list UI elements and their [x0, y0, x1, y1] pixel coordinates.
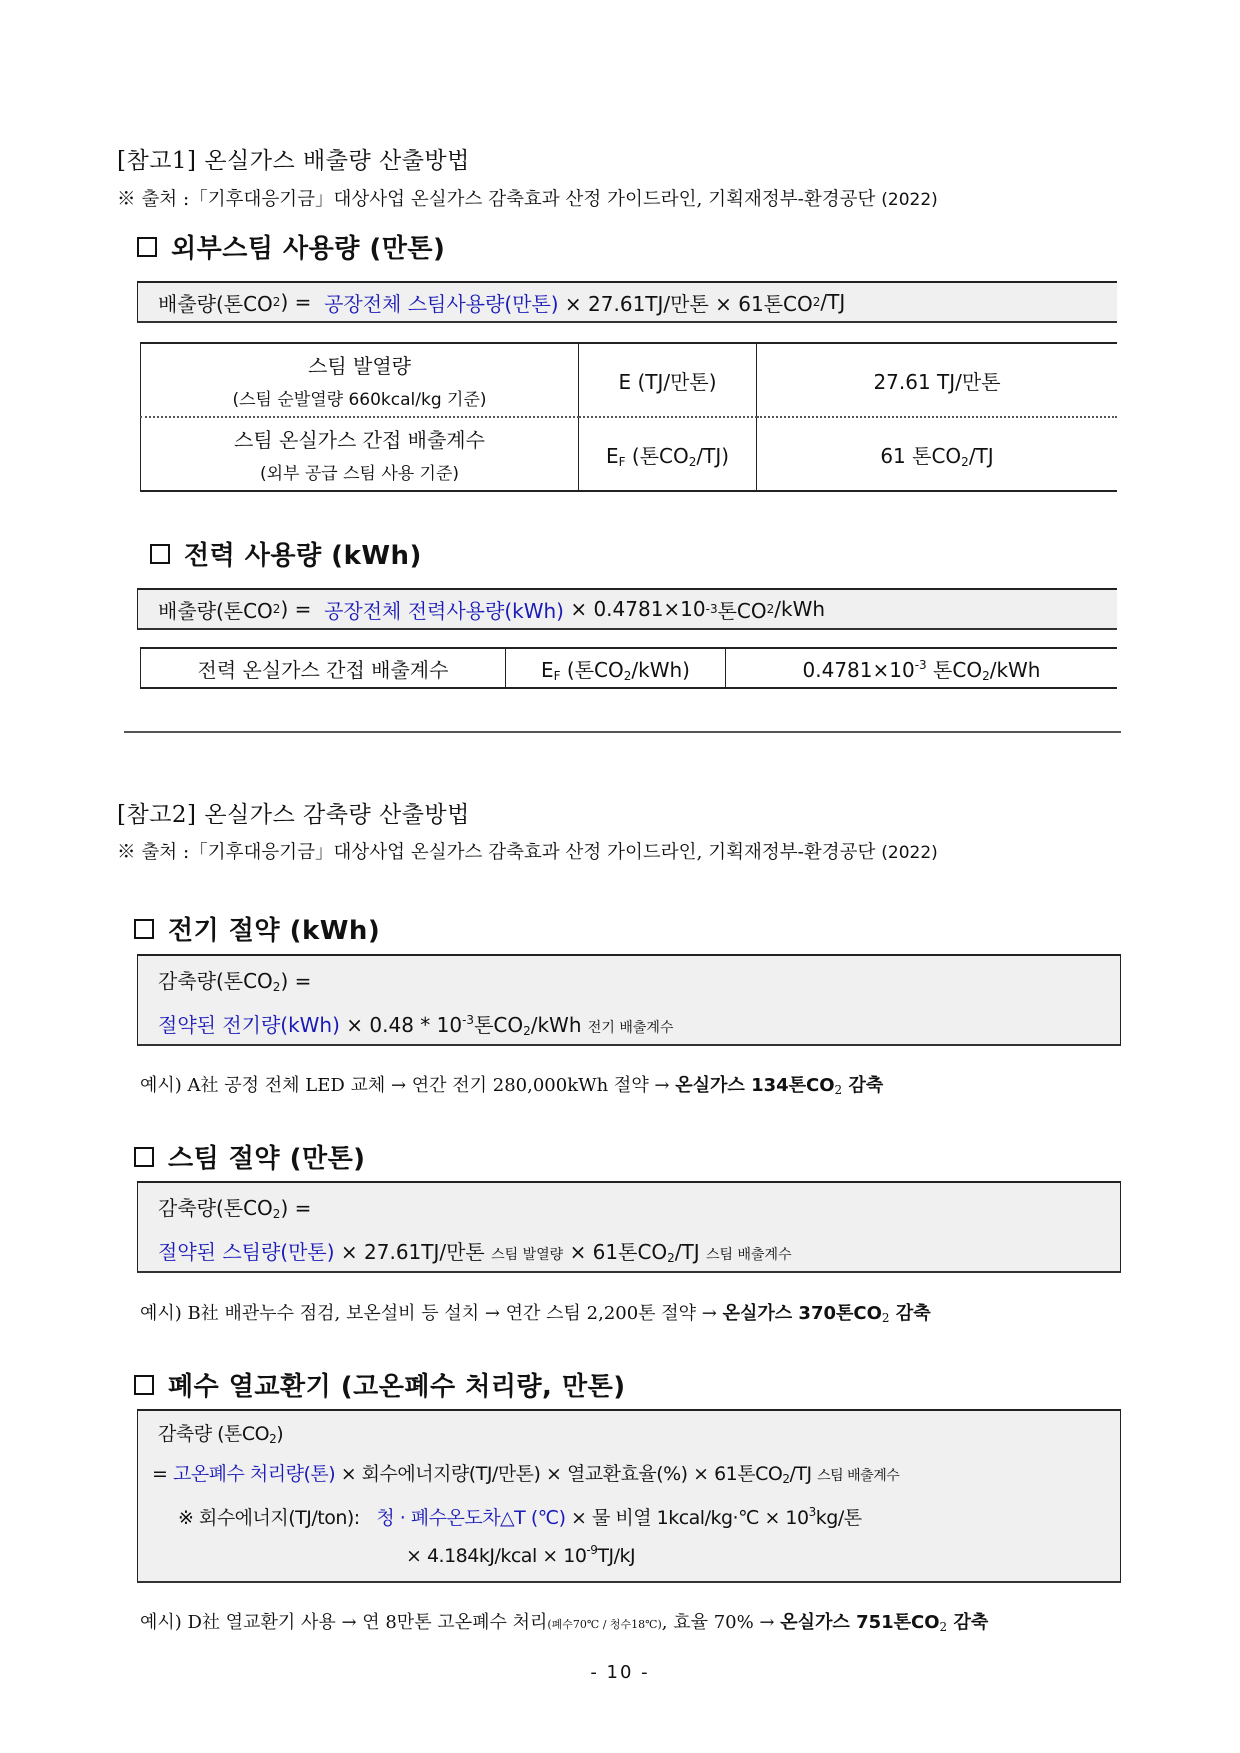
ref1-title: [참고1] 온실가스 배출량 산출방법 [117, 142, 470, 175]
section-heading-text: 전기 절약 (kWh) [168, 910, 380, 947]
subscript: F [619, 455, 626, 469]
value-unit: 톤CO [927, 658, 982, 682]
formula-variable-temp: 청 · 폐수온도차△T (℃) [376, 1507, 565, 1529]
formula-variable: 공장전체 전력사용량(kWh) [324, 595, 564, 624]
formula-lhs: 감축량(톤CO [158, 969, 273, 993]
formula-factors: × 27.61TJ/만톤 × 61톤CO [565, 288, 813, 317]
section-heading-text: 스팀 절약 (만톤) [168, 1138, 366, 1175]
formula-line-3: ※ 회수에너지(TJ/ton): 청 · 폐수온도차△T (℃) × 물 비열 … [178, 1503, 1120, 1543]
formula-lhs-end: ) [276, 1423, 283, 1445]
formula-lhs: 배출량(톤CO [158, 288, 273, 317]
checkbox-square-icon [134, 1147, 154, 1167]
row-name: 전력 온실가스 간접 배출계수 [141, 648, 506, 688]
value-text: 0.4781×10 [803, 658, 915, 682]
example-note: (폐수70℃ / 청수18℃) [547, 1618, 661, 1631]
value-text: 61 톤CO [880, 444, 961, 468]
symbol-unit-end: /TJ) [696, 444, 729, 468]
checkbox-square-icon [150, 544, 170, 564]
row-name: 스팀 온실가스 간접 배출계수 [141, 424, 578, 453]
row-value: 0.4781×10-3 톤CO2/kWh [726, 648, 1118, 688]
symbol-letter: E [541, 658, 554, 682]
formula-line-2: 절약된 전기량(kWh) × 0.48 * 10-3톤CO2/kWh 전기 배출… [158, 1009, 1120, 1038]
ref1-source-year: (2022) [881, 190, 938, 210]
row-value: 27.61 TJ/만톤 [757, 343, 1118, 417]
formula-lhs: 감축량 (톤CO [158, 1423, 269, 1445]
formula-unit-end: /TJ [675, 1240, 700, 1264]
formula-factor: × 0.48 * 10 [346, 1013, 462, 1037]
symbol-letter: E [606, 444, 619, 468]
row-name-cell: 스팀 발열량 (스팀 순발열량 660kcal/kg 기준) [141, 343, 579, 417]
formula-equals: ) = [280, 969, 311, 993]
superscript: -9 [586, 1543, 597, 1557]
subscript: 2 [813, 295, 821, 309]
checkbox-square-icon [134, 1375, 154, 1395]
formula-equals: ) = [280, 290, 311, 314]
ref1-source-text: ※ 출처 :「기후대응기금」대상사업 온실가스 감축효과 산정 가이드라인, 기… [117, 189, 875, 210]
subscript: 2 [767, 602, 775, 616]
row-symbol: EF (톤CO2/TJ) [579, 417, 757, 491]
example-result-end: 감축 [842, 1075, 883, 1096]
subscript: 2 [273, 295, 281, 309]
superscript: 3 [809, 1505, 816, 1519]
symbol-unit: (톤CO [626, 444, 689, 468]
example-electricity: 예시) A社 공정 전체 LED 교체 → 연간 전기 280,000kWh 절… [140, 1071, 883, 1097]
row-value: 61 톤CO2/TJ [757, 417, 1118, 491]
example-text: 예시) A社 공정 전체 LED 교체 → 연간 전기 280,000kWh 절… [140, 1075, 670, 1096]
section-heading-steam-saving: 스팀 절약 (만톤) [134, 1138, 366, 1175]
formula-equals: ) = [280, 597, 311, 621]
example-result-end: 감축 [890, 1303, 931, 1324]
row-symbol: E (TJ/만톤) [579, 343, 757, 417]
formula-factor-emission: × 61톤CO [570, 1240, 668, 1264]
subscript: 2 [982, 669, 990, 683]
formula-lhs: 감축량(톤CO [158, 1196, 273, 1220]
formula-box-power-emission: 배출량(톤CO2) = 공장전체 전력사용량(kWh) × 0.4781×10-… [137, 588, 1117, 630]
formula-line-2: = 고온폐수 처리량(톤) × 회수에너지량(TJ/만톤) × 열교환효율(%)… [152, 1459, 1120, 1503]
section-heading-electricity-saving: 전기 절약 (kWh) [134, 910, 380, 947]
subscript: 2 [961, 455, 969, 469]
checkbox-square-icon [137, 237, 157, 257]
formula-factors: × 4.184kJ/kcal × 10 [406, 1545, 586, 1567]
section-heading-power: 전력 사용량 (kWh) [150, 535, 422, 572]
example-result: 온실가스 134톤CO [675, 1075, 834, 1096]
formula-unit: 톤CO [718, 595, 767, 624]
steam-reference-table: 스팀 발열량 (스팀 순발열량 660kcal/kg 기준) E (TJ/만톤)… [140, 342, 1117, 492]
section-heading-text: 외부스팀 사용량 (만톤) [171, 228, 445, 265]
formula-annotation-heat: 스팀 발열량 [491, 1247, 563, 1263]
formula-factor: × 0.4781×10 [570, 597, 705, 621]
recovered-energy-label: ※ 회수에너지(TJ/ton): [178, 1507, 360, 1529]
example-heat-exchanger: 예시) D社 열교환기 사용 → 연 8만톤 고온폐수 처리(폐수70℃ / 청… [140, 1608, 988, 1634]
formula-variable: 공장전체 스팀사용량(만톤) [324, 288, 558, 317]
formula-unit: 톤CO [474, 1013, 523, 1037]
formula-line-1: 감축량 (톤CO2) [158, 1419, 1120, 1459]
formula-lhs: 배출량(톤CO [158, 595, 273, 624]
example-steam: 예시) B社 배관누수 점검, 보온설비 등 설치 → 연간 스팀 2,200톤… [140, 1299, 931, 1325]
symbol-unit-end: /kWh) [631, 658, 690, 682]
formula-factors: × 회수에너지량(TJ/만톤) × 열교환효율(%) × 61톤CO [335, 1463, 782, 1485]
section-heading-text: 폐수 열교환기 (고온폐수 처리량, 만톤) [168, 1366, 626, 1403]
ref2-source-text: ※ 출처 :「기후대응기금」대상사업 온실가스 감축효과 산정 가이드라인, 기… [117, 842, 875, 863]
formula-annotation: 전기 배출계수 [588, 1020, 674, 1036]
example-result: 온실가스 751톤CO [780, 1612, 939, 1633]
section-heading-text: 전력 사용량 (kWh) [184, 535, 422, 572]
example-result: 온실가스 370톤CO [723, 1303, 882, 1324]
row-name-cell: 스팀 온실가스 간접 배출계수 (외부 공급 스팀 사용 기준) [141, 417, 579, 491]
formula-line-1: 감축량(톤CO2) = [158, 1192, 1120, 1228]
row-symbol: EF (톤CO2/kWh) [506, 648, 726, 688]
formula-line-1: 감축량(톤CO2) = [158, 965, 1120, 1001]
formula-line-2: 절약된 스팀량(만톤) × 27.61TJ/만톤 스팀 발열량 × 61톤CO2… [158, 1236, 1120, 1265]
formula-annotation: 스팀 배출계수 [817, 1468, 899, 1484]
section-heading-external-steam: 외부스팀 사용량 (만톤) [137, 228, 445, 265]
table-row: 스팀 온실가스 간접 배출계수 (외부 공급 스팀 사용 기준) EF (톤CO… [141, 417, 1118, 491]
row-name: 스팀 발열량 [141, 350, 578, 379]
formula-equals: = [152, 1463, 173, 1485]
subscript: 2 [523, 1024, 531, 1038]
subscript: 2 [882, 1311, 890, 1325]
ref2-title: [참고2] 온실가스 감축량 산출방법 [117, 796, 470, 829]
row-note: (외부 공급 스팀 사용 기준) [141, 459, 578, 484]
row-note: (스팀 순발열량 660kcal/kg 기준) [141, 385, 578, 410]
section-divider [124, 731, 1121, 733]
checkbox-square-icon [134, 919, 154, 939]
superscript: -3 [706, 602, 718, 616]
section-heading-heat-exchanger: 폐수 열교환기 (고온폐수 처리량, 만톤) [134, 1366, 626, 1403]
example-result-end: 감축 [947, 1612, 988, 1633]
ref2-source: ※ 출처 :「기후대응기금」대상사업 온실가스 감축효과 산정 가이드라인, 기… [117, 838, 938, 864]
ref2-source-year: (2022) [881, 843, 938, 863]
subscript: 2 [667, 1251, 675, 1265]
formula-box-steam-emission: 배출량(톤CO2) = 공장전체 스팀사용량(만톤) × 27.61TJ/만톤 … [137, 281, 1117, 323]
formula-unit: kg/톤 [816, 1507, 862, 1529]
example-text: 예시) D社 열교환기 사용 → 연 8만톤 고온폐수 처리 [140, 1612, 547, 1633]
formula-box-steam-saving: 감축량(톤CO2) = 절약된 스팀량(만톤) × 27.61TJ/만톤 스팀 … [137, 1181, 1121, 1273]
formula-variable: 절약된 스팀량(만톤) [158, 1240, 335, 1264]
subscript: F [554, 669, 561, 683]
formula-variable: 고온폐수 처리량(톤) [173, 1463, 335, 1485]
page-number: - 10 - [0, 1662, 1240, 1683]
formula-unit-end: /TJ [789, 1463, 811, 1485]
formula-unit-end: /kWh [774, 597, 825, 621]
formula-equals: ) = [280, 1196, 311, 1220]
formula-annotation-emission: 스팀 배출계수 [706, 1247, 792, 1263]
value-unit: /TJ [969, 444, 994, 468]
formula-factor-heat: × 27.61TJ/만톤 [341, 1240, 485, 1264]
formula-box-electricity-saving: 감축량(톤CO2) = 절약된 전기량(kWh) × 0.48 * 10-3톤C… [137, 954, 1121, 1046]
example-text-mid: , 효율 70% → [662, 1612, 775, 1633]
formula-box-heat-exchanger: 감축량 (톤CO2) = 고온폐수 처리량(톤) × 회수에너지량(TJ/만톤)… [137, 1409, 1121, 1583]
table-row: 스팀 발열량 (스팀 순발열량 660kcal/kg 기준) E (TJ/만톤)… [141, 343, 1118, 417]
ref1-source: ※ 출처 :「기후대응기금」대상사업 온실가스 감축효과 산정 가이드라인, 기… [117, 185, 938, 211]
superscript: -3 [915, 658, 927, 672]
symbol-unit: (톤CO [561, 658, 624, 682]
formula-unit-end: TJ/kJ [597, 1545, 635, 1567]
formula-factors: × 물 비열 1kcal/kg·℃ × 10 [565, 1507, 808, 1529]
subscript: 2 [273, 602, 281, 616]
power-reference-table: 전력 온실가스 간접 배출계수 EF (톤CO2/kWh) 0.4781×10-… [140, 647, 1117, 689]
formula-unit-end: /kWh [531, 1013, 582, 1037]
table-row: 전력 온실가스 간접 배출계수 EF (톤CO2/kWh) 0.4781×10-… [141, 648, 1118, 688]
formula-variable: 절약된 전기량(kWh) [158, 1013, 340, 1037]
value-unit-end: /kWh [990, 658, 1041, 682]
superscript: -3 [462, 1013, 474, 1027]
formula-line-4: × 4.184kJ/kcal × 10-9TJ/kJ [406, 1543, 1120, 1567]
formula-unit: /TJ [820, 290, 845, 314]
example-text: 예시) B社 배관누수 점검, 보온설비 등 설치 → 연간 스팀 2,200톤… [140, 1303, 717, 1324]
